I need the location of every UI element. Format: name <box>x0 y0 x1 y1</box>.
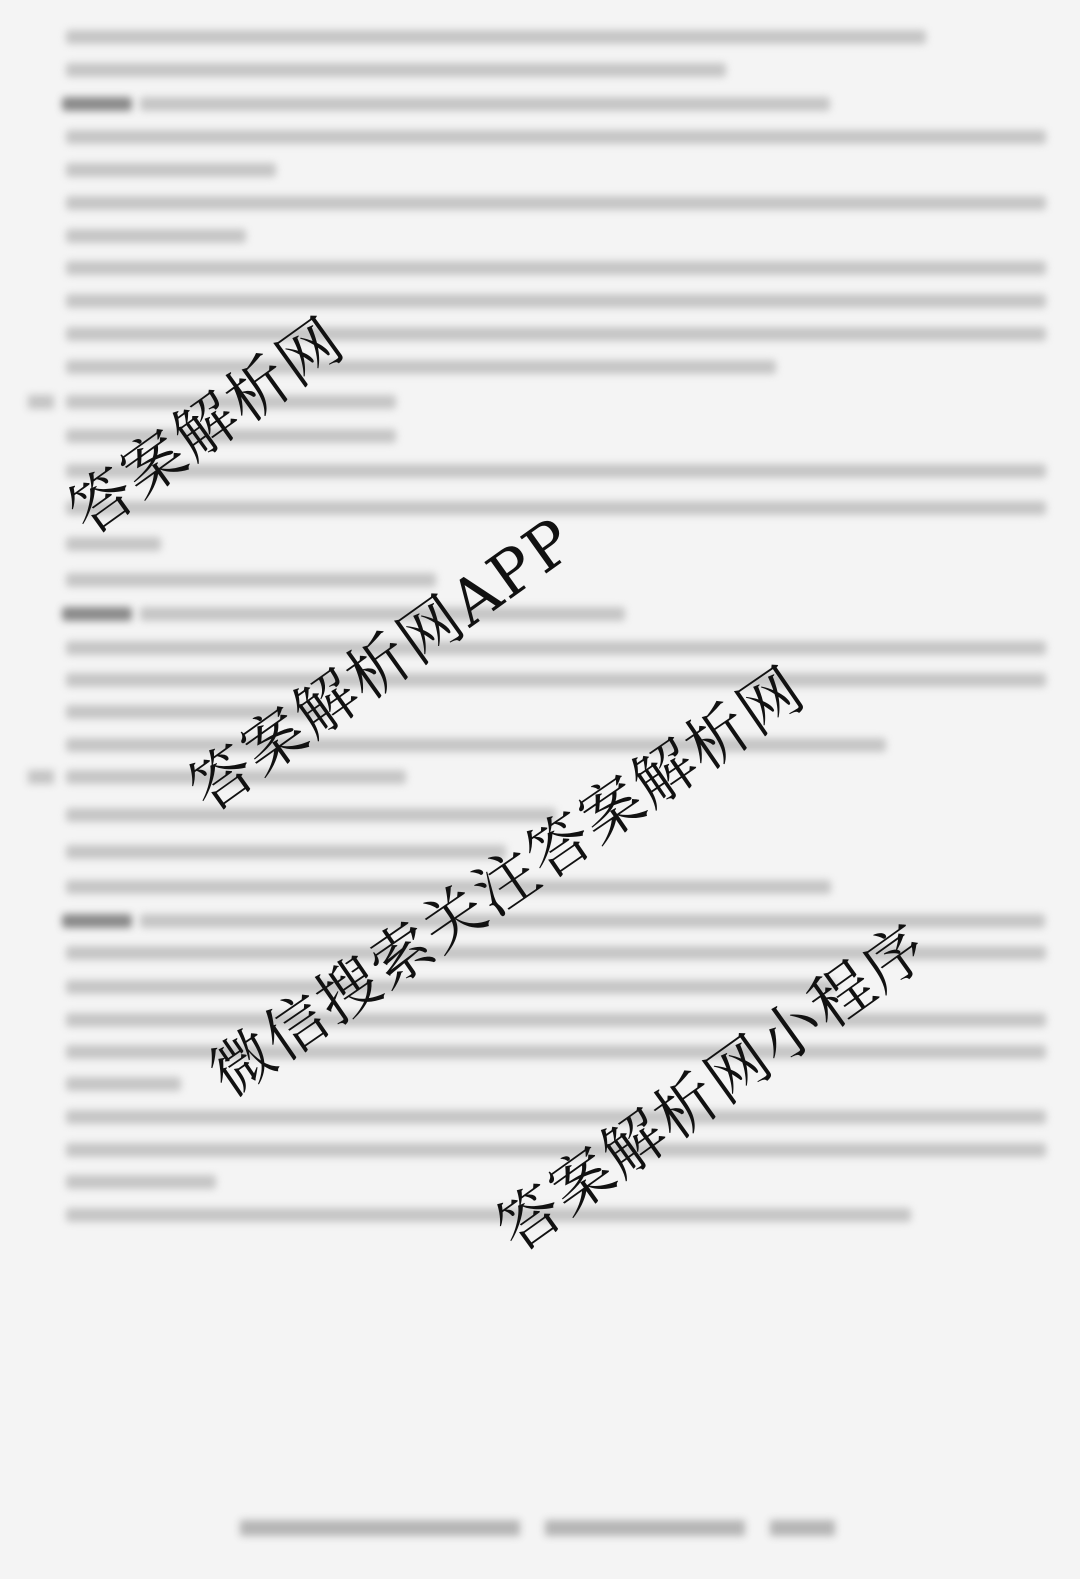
blurred-text-line <box>66 537 161 551</box>
blurred-text-line <box>66 1175 216 1189</box>
blurred-text-line <box>66 360 776 374</box>
blurred-text-line <box>66 163 276 177</box>
blurred-text-line <box>140 97 830 111</box>
blurred-text-line <box>66 196 1046 210</box>
blurred-text-line <box>66 641 1046 655</box>
blurred-text-line <box>66 980 836 994</box>
blurred-text-line <box>66 229 246 243</box>
question-number <box>28 770 54 784</box>
blurred-text-line <box>66 63 726 77</box>
answer-tag <box>62 607 132 621</box>
blurred-text-line <box>66 673 1046 687</box>
blurred-text-line <box>66 845 506 859</box>
blurred-text-line <box>66 1013 1046 1027</box>
footer-text <box>240 1520 520 1536</box>
blurred-text-line <box>66 261 1046 275</box>
blurred-text-line <box>66 501 1046 515</box>
footer-text <box>770 1520 835 1536</box>
blurred-text-line <box>66 808 556 822</box>
answer-tag <box>62 914 132 928</box>
document-page: 答案解析网 答案解析网APP 微信搜索关注答案解析网 答案解析网小程序 <box>0 0 1080 1579</box>
answer-tag <box>62 97 132 111</box>
blurred-text-line <box>66 327 1046 341</box>
blurred-text-line <box>66 573 436 587</box>
blurred-text-line <box>66 130 1046 144</box>
question-number <box>28 395 54 409</box>
blurred-text-line <box>66 1110 1046 1124</box>
blurred-text-line <box>66 30 926 44</box>
footer-text <box>545 1520 745 1536</box>
blurred-text-line <box>66 1077 181 1091</box>
blurred-text-line <box>66 294 1046 308</box>
